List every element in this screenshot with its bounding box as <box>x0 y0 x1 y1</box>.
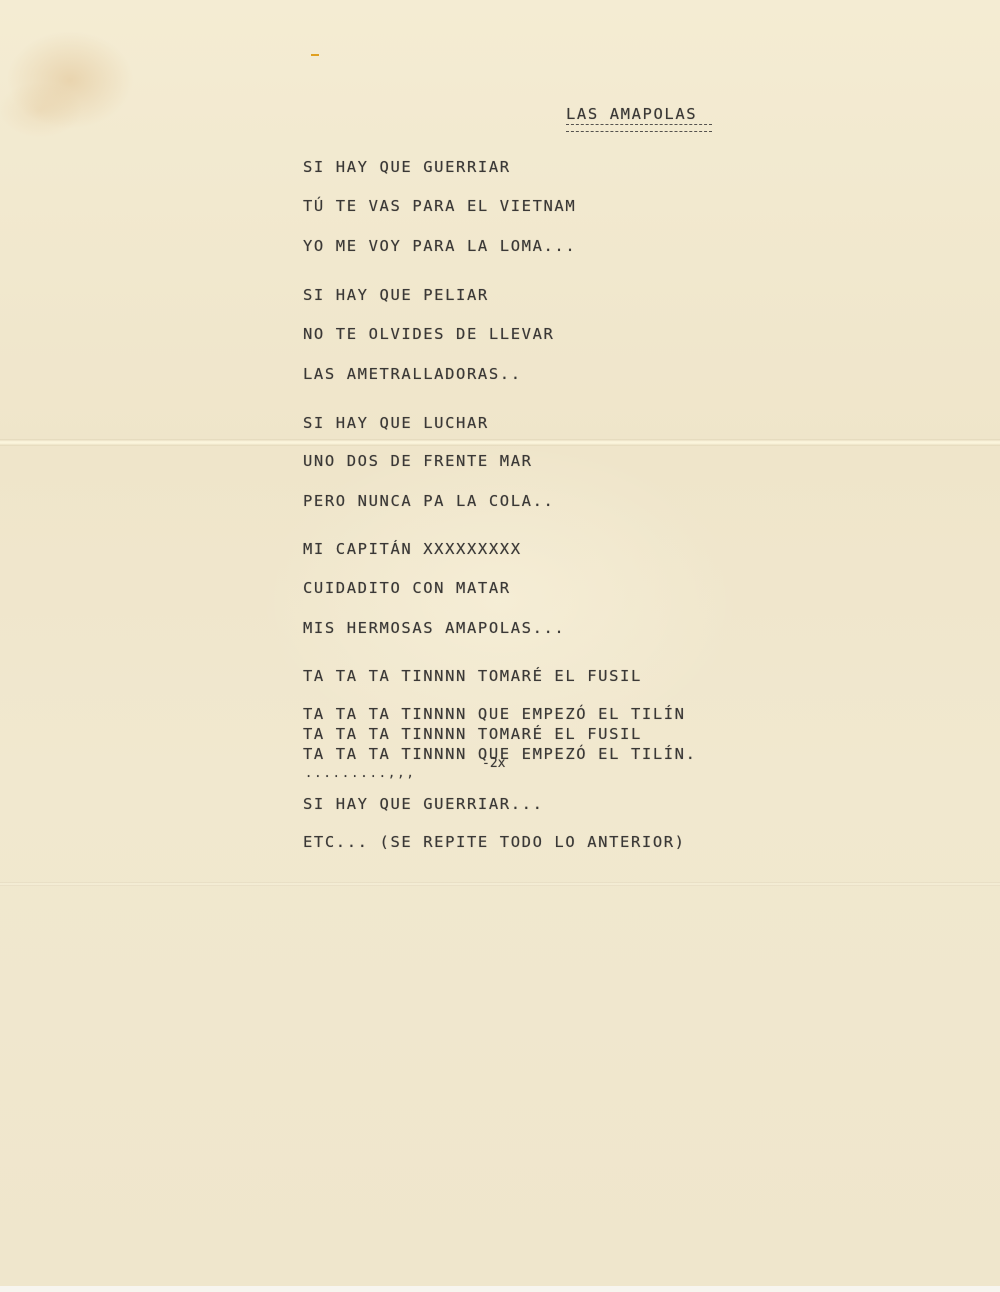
document-title: LAS AMAPOLAS <box>566 105 697 123</box>
lyric-line: TÚ TE VAS PARA EL VIETNAM <box>303 197 576 215</box>
reprise-line: SI HAY QUE GUERRIAR... <box>303 795 544 813</box>
lyric-line: NO TE OLVIDES DE LLEVAR <box>303 325 554 343</box>
lyric-line: SI HAY QUE GUERRIAR <box>303 158 511 176</box>
chorus-line: TA TA TA TINNNN TOMARÉ EL FUSIL <box>303 667 642 685</box>
paper-edge <box>0 1286 1000 1292</box>
paper-fold-line <box>0 439 1000 446</box>
lyric-line: CUIDADITO CON MATAR <box>303 579 511 597</box>
lyric-line: MIS HERMOSAS AMAPOLAS... <box>303 619 565 637</box>
paper-fold-line <box>0 882 1000 886</box>
lyric-line: SI HAY QUE PELIAR <box>303 286 489 304</box>
lyric-line: PERO NUNCA PA LA COLA.. <box>303 492 554 510</box>
document-page: LAS AMAPOLAS SI HAY QUE GUERRIAR TÚ TE V… <box>0 0 1000 1292</box>
lyric-line: UNO DOS DE FRENTE MAR <box>303 452 533 470</box>
closing-line: ETC... (SE REPITE TODO LO ANTERIOR) <box>303 833 686 851</box>
lyric-line: LAS AMETRALLADORAS.. <box>303 365 522 383</box>
repeat-annotation: -2x <box>482 756 505 771</box>
lyric-line: SI HAY QUE LUCHAR <box>303 414 489 432</box>
title-underline <box>566 124 712 132</box>
chorus-line: TA TA TA TINNNN TOMARÉ EL FUSIL <box>303 725 642 743</box>
ink-speck <box>311 54 319 56</box>
lyric-line: YO ME VOY PARA LA LOMA... <box>303 237 576 255</box>
dots-line: .........,,, <box>305 766 416 780</box>
chorus-line: TA TA TA TINNNN QUE EMPEZÓ EL TILÍN <box>303 705 686 723</box>
lyric-line: MI CAPITÁN XXXXXXXXX <box>303 540 522 558</box>
